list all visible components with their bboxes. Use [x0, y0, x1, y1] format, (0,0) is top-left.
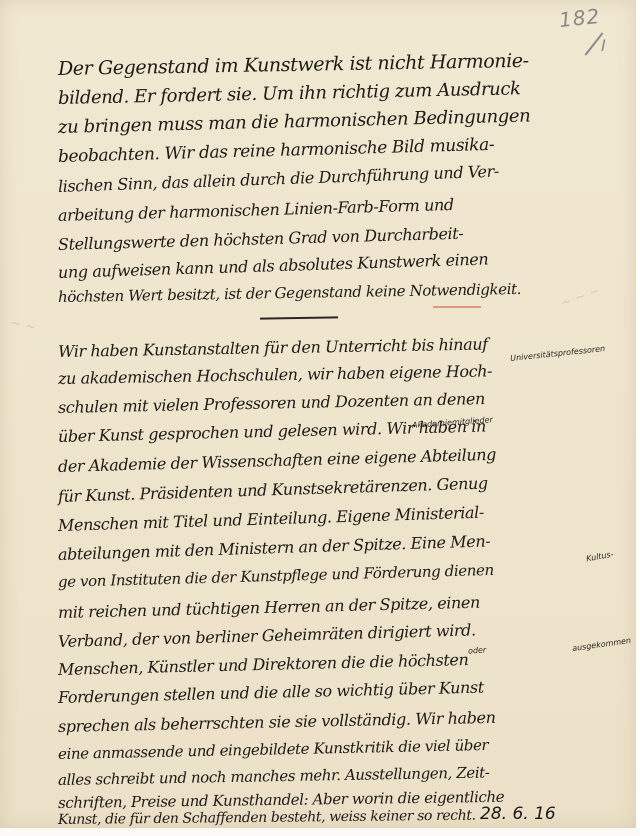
red-pencil-mark [433, 306, 481, 308]
paragraph-2-line: abteilungen mit den Ministern an der Spi… [58, 531, 491, 564]
paragraph-1-line: bildend. Er fordert sie. Um ihn richtig … [58, 78, 521, 109]
paragraph-1-line: ung aufweisen kann und als absolutes Kun… [58, 249, 489, 282]
folio-number: 182 I [557, 6, 627, 56]
paragraph-2-line: der Akademie der Wissenschaften eine eig… [58, 445, 496, 476]
paragraph-1-line: arbeitung der harmonischen Linien-Farb-F… [58, 195, 454, 225]
scan-margin [0, 828, 640, 836]
paragraph-1-line: höchsten Wert besitzt, ist der Gegenstan… [58, 280, 521, 306]
paragraph-2-line: Kunst, die für den Schaffenden besteht, … [58, 808, 476, 828]
paragraph-2-line: alles schreibt und noch manches mehr. Au… [58, 763, 490, 789]
paragraph-2-line: Verband, der von berliner Geheimräten di… [58, 620, 476, 651]
paragraph-2-line: mit reichen und tüchtigen Herren an der … [58, 593, 480, 622]
paragraph-1-line: Stellungswerte den höchsten Grad von Dur… [58, 224, 464, 254]
paragraph-2-line: Menschen, Künstler und Direktoren die di… [58, 650, 469, 679]
paragraph-2-line: eine anmassende und eingebildete Kunstkr… [58, 736, 489, 763]
manuscript-page: 182 I ~ ~ ~ ~ ~ Der Gegenstand im Kunstw… [0, 0, 636, 828]
bleed-through-mark: ~ ~ [9, 315, 37, 335]
paragraph-1-line: Der Gegenstand im Kunstwerk ist nicht Ha… [58, 50, 529, 80]
paragraph-2-line: Forderungen stellen und die alle so wich… [58, 678, 484, 707]
paragraph-2-line: ge von Instituten die der Kunstpflege un… [58, 561, 494, 591]
paragraph-2-line: für Kunst. Präsidenten und Kunstsekretär… [58, 474, 488, 506]
bleed-through-mark: ~ ~ ~ [559, 283, 603, 311]
paragraph-2-line: zu akademischen Hochschulen, wir haben e… [58, 361, 492, 388]
interlinear-note: Universitätsprofessoren [510, 344, 606, 363]
section-divider-line [260, 316, 338, 319]
paragraph-2-line: Menschen mit Titel und Einteilung. Eigen… [58, 503, 484, 535]
manuscript-date: 28. 6. 16 [480, 804, 556, 824]
paragraph-2-line: sprechen als beherrschten sie sie vollst… [58, 708, 496, 736]
paragraph-1-line: zu bringen muss man die harmonischen Bed… [58, 105, 531, 138]
folio-suffix: I [601, 36, 606, 55]
interlinear-note: Kultus- [585, 550, 614, 564]
interlinear-note: oder [468, 645, 487, 655]
paragraph-1-line: lischen Sinn, das allein durch die Durch… [58, 162, 499, 196]
interlinear-note: ausgekommen [572, 636, 632, 653]
paragraph-2-line: schulen mit vielen Professoren und Dozen… [58, 389, 485, 417]
paragraph-2-line: über Kunst gesprochen und gelesen wird. … [58, 417, 486, 446]
paragraph-1-line: beobachten. Wir das reine harmonische Bi… [58, 135, 495, 167]
folio-number-text: 182 [558, 4, 601, 32]
paragraph-2-line: Wir haben Kunstanstalten für den Unterri… [58, 335, 488, 361]
